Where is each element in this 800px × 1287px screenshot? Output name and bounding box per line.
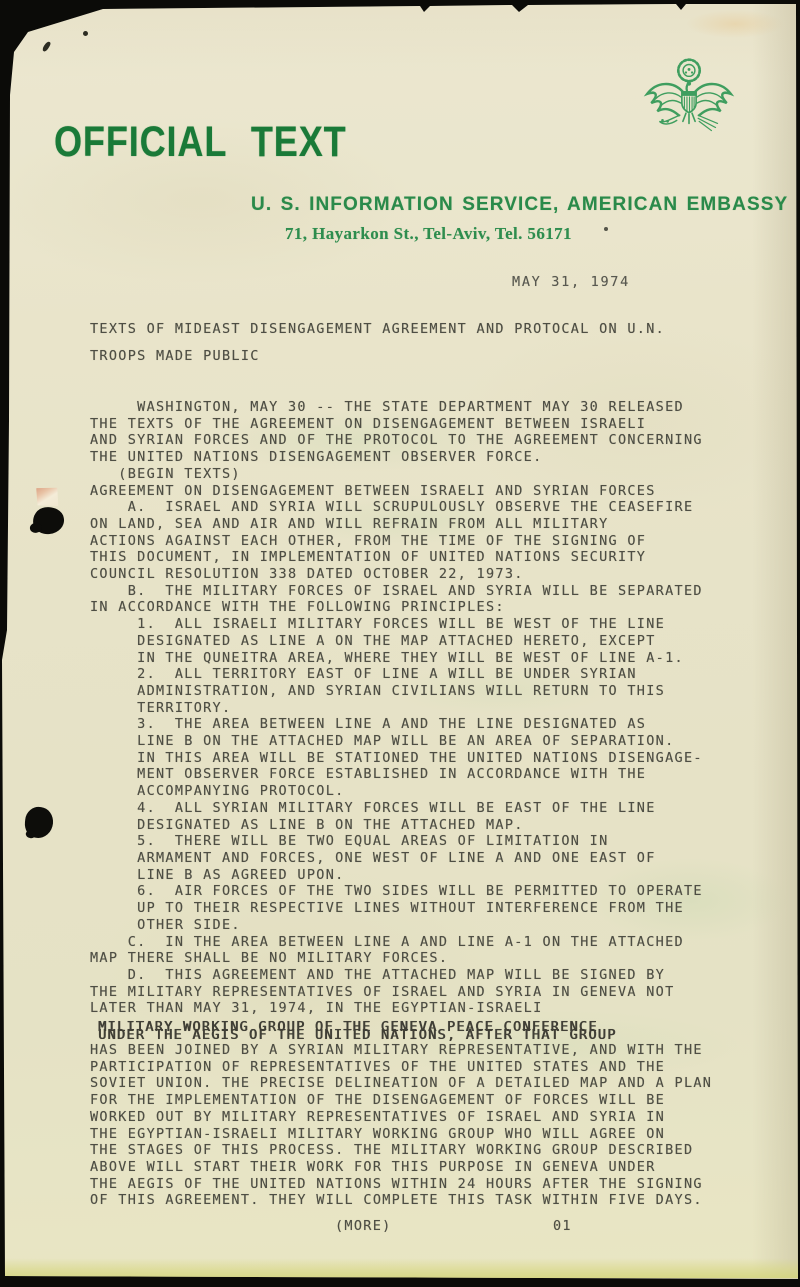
scanned-press-release-page: OFFICIAL TEXT bbox=[0, 0, 800, 1287]
body-text: WASHINGTON, MAY 30 -- THE STATE DEPARTME… bbox=[90, 399, 712, 1209]
agency-name: U. S. INFORMATION SERVICE, AMERICAN EMBA… bbox=[251, 194, 788, 216]
us-great-seal-eagle-icon bbox=[636, 56, 742, 146]
embassy-address: 71, Hayarkon St., Tel-Aviv, Tel. 56171 bbox=[285, 224, 572, 244]
ink-speck bbox=[604, 227, 608, 231]
dateline: MAY 31, 1974 bbox=[512, 274, 630, 290]
body-part-2: HAS BEEN JOINED BY A SYRIAN MILITARY REP… bbox=[90, 1042, 712, 1209]
overstrike-lower-line: UNDER THE AEGIS OF THE UNITED NATIONS, A… bbox=[98, 1027, 617, 1043]
aged-paper-band bbox=[4, 1258, 798, 1278]
body-part-1: WASHINGTON, MAY 30 -- THE STATE DEPARTME… bbox=[90, 399, 712, 1017]
release-headline: TEXTS OF MIDEAST DISENGAGEMENT AGREEMENT… bbox=[90, 316, 665, 369]
overstruck-correction-lines: MILITARY WORKING GROUP OF THE GENEVA PEA… bbox=[90, 1017, 712, 1042]
paper-sheet: OFFICIAL TEXT bbox=[0, 0, 800, 1287]
more-continuation-marker: (MORE) bbox=[335, 1218, 392, 1234]
page-number: 01 bbox=[553, 1218, 572, 1234]
official-text-stamp: OFFICIAL TEXT bbox=[54, 118, 347, 167]
ink-speck bbox=[83, 31, 88, 36]
